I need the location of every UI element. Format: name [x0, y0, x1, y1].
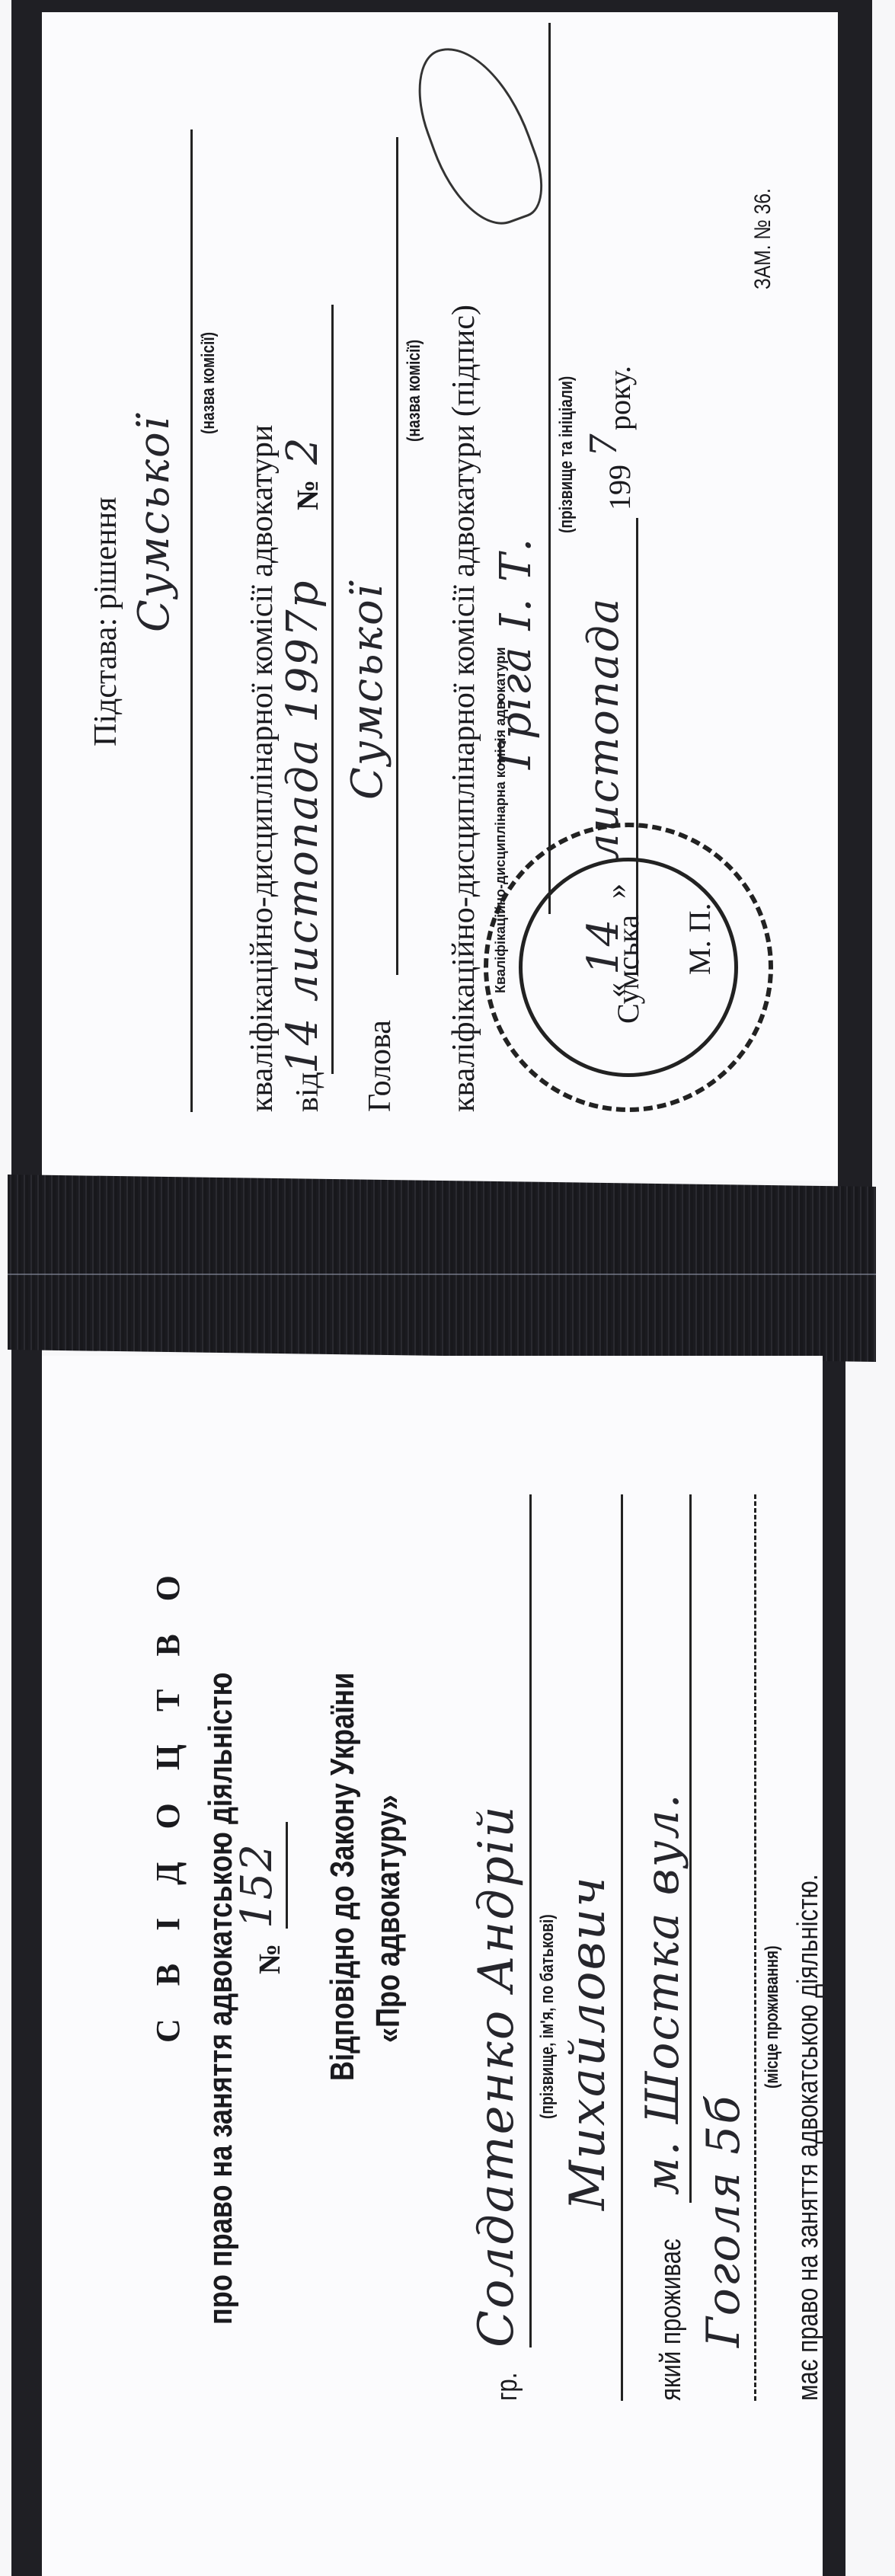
residence-caption: (місце проживання)	[762, 1945, 783, 2089]
seal-center-text: Сумська	[610, 915, 646, 1024]
head-commission-caption: (назва комісії)	[404, 340, 425, 442]
law-line-1: Відповідно до Закону України	[324, 1673, 362, 2081]
law-line-2: «Про адвокатуру»	[369, 1795, 408, 2043]
residence-label: який проживає	[655, 2239, 688, 2401]
booklet-spine	[8, 1175, 876, 1362]
head-label: Голова	[362, 1020, 398, 1112]
head-commission-handwritten: Сумської	[343, 583, 392, 800]
commission-type: кваліфікаційно-дисциплінарної комісії ад…	[244, 425, 280, 1112]
basis-label: Підстава: рішення	[88, 497, 124, 746]
head-name-caption: (прізвище та ініціали)	[556, 376, 577, 533]
certificate-subtitle: про право на заняття адвокатською діяльн…	[202, 1673, 240, 2325]
decision-number-label: №	[289, 480, 325, 510]
seal-ring-text: Кваліфікаційно-дисциплінарна комісія адв…	[493, 647, 509, 993]
head-line: кваліфікаційно-дисциплінарної комісії ад…	[446, 305, 482, 1112]
decision-date-handwritten: 14 листопада 1997р	[278, 580, 328, 1074]
commission-caption: (назва комісії)	[198, 332, 219, 434]
residence-line	[689, 1494, 692, 2203]
certificate-front-page: С В І Д О Ц Т В О про право на заняття а…	[42, 1356, 823, 2576]
commission-name-line	[190, 129, 193, 1112]
residence-line1-handwritten: м. Шостка вул.	[636, 1792, 689, 2195]
booklet-frame-right	[838, 0, 872, 1188]
issue-year-suffix: року.	[602, 366, 638, 430]
citizen-name-line	[529, 1494, 532, 2347]
citizen-name-line1-handwritten: Солдатенко Андрій	[468, 1804, 525, 2347]
residence-line2-handwritten: Гоголя 5б	[697, 2095, 750, 2347]
commission-name-handwritten: Сумської	[129, 415, 179, 632]
issue-year-digit-handwritten: 7	[583, 432, 625, 457]
order-mark: ЗАМ. № 36.	[750, 188, 776, 289]
booklet-frame-top	[11, 0, 872, 12]
certificate-number-line	[286, 1822, 288, 1929]
head-commission-line	[396, 137, 398, 975]
booklet-spine-seam	[8, 1274, 876, 1275]
issue-year-prefix: 199	[602, 465, 638, 510]
certificate-back-page: Підстава: рішення Сумської (назва комісі…	[42, 12, 838, 1181]
citizen-name-line-2	[621, 1494, 623, 2401]
official-seal: Сумська Кваліфікаційно-дисциплінарна ком…	[484, 823, 773, 1112]
certificate-number-label: №	[251, 1944, 287, 1974]
certificate-number-handwritten: 152	[232, 1843, 282, 1929]
citizen-label: гр.	[491, 2373, 524, 2401]
decision-number-handwritten: 2	[278, 436, 328, 465]
from-label: від	[289, 1072, 326, 1112]
certificate-title: С В І Д О Ц Т В О	[149, 1563, 187, 2043]
residence-line-2	[754, 1494, 756, 2401]
rights-text: має право на заняття адвокатською діяльн…	[792, 1874, 825, 2401]
decision-date-line	[331, 305, 334, 1074]
booklet-frame-right-lower	[823, 1341, 845, 2576]
citizen-name-line2-handwritten: Михайлович	[560, 1875, 616, 2210]
citizen-name-caption: (прізвище, ім'я, по батькові)	[537, 1914, 558, 2119]
head-signature	[401, 30, 556, 239]
issue-month-handwritten: листопада	[579, 597, 628, 861]
head-name-line	[548, 23, 551, 914]
